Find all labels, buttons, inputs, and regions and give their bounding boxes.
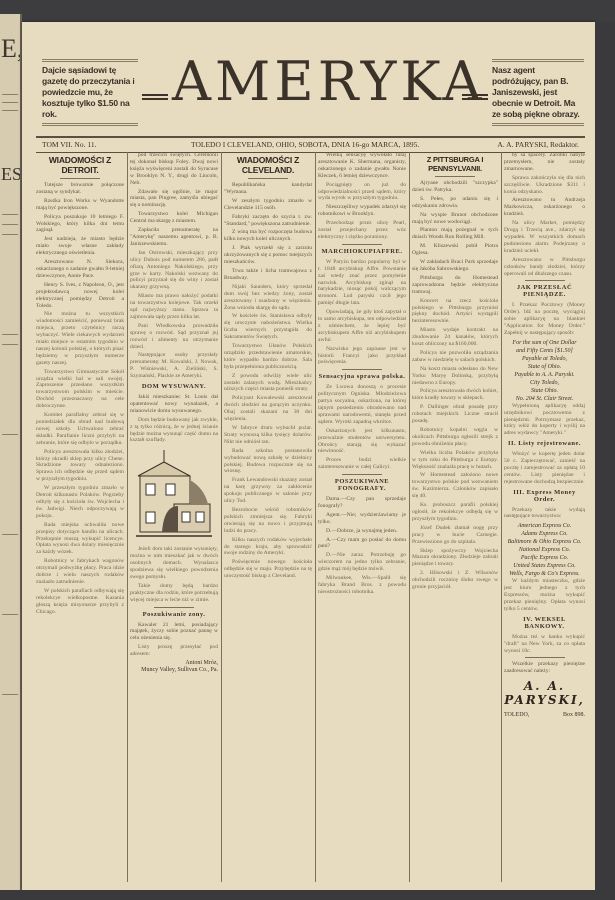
filler-text: W polskich parafiach odbywają się rekole… xyxy=(36,588,124,616)
volume-number: TOM VII. No. 11. xyxy=(42,140,96,149)
express-company: Adams Express Co. xyxy=(504,530,585,538)
news-item: Aresztowano tu Andrzeja Markowicza, oska… xyxy=(504,197,585,218)
news-item: Z winą ma być rozpoczęta budowa kilku no… xyxy=(224,229,312,243)
news-item: S. Pełes, po udaniu się i odzyskaniu zdr… xyxy=(412,196,498,210)
masthead: Dajcie sąsiadowi tę gazetę do przeczytan… xyxy=(22,22,595,114)
filler-text: I. Przekaz Pocztowy (Money Order). Idź n… xyxy=(504,302,585,337)
publisher-address: TOLEDO, Box 898. xyxy=(504,711,585,719)
article-heading: JAK PRZESŁAĆ PIENIĄDZE. xyxy=(504,285,585,299)
filler-text: Opowiadają, że gdy ktoś zapytał o to sam… xyxy=(318,309,406,344)
filler-text: Koncert na rzecz kościoła polskiego w Pi… xyxy=(412,298,498,326)
closing-instruction: Wszelkie przekazy pieniężne zaadresować … xyxy=(504,661,585,675)
money-order-line: For the sum of One Dollar xyxy=(504,339,585,347)
publisher-city: TOLEDO, xyxy=(504,711,529,719)
news-item: Tutejsze browarnie połączone zostaną w s… xyxy=(36,182,124,196)
filler-text: Robotnicy w fabrykach wagonów otrzymali … xyxy=(36,558,124,586)
viewer-bottom-edge xyxy=(0,890,615,900)
dialogue-line: Dama.—Czy pan sprzedaje fonografy? xyxy=(318,496,406,510)
filler-text: Bezrobocie wśród robotników polskich zmn… xyxy=(224,507,312,535)
filler-text: Policyant Kowalewski aresztował dwóch zł… xyxy=(224,395,312,423)
column-rule xyxy=(409,152,410,882)
filler-text: Dom będzie budowany jak zwykle, z tą tyl… xyxy=(130,417,218,445)
ornament-line xyxy=(142,98,168,100)
column-3: WIADOMOŚCI Z CLEVELAND. Republikańska ka… xyxy=(224,152,312,882)
express-company: National Express Co. xyxy=(504,546,585,554)
viewer-top-bar xyxy=(0,0,615,22)
filler-text: W Paryżu bardzo popularny był w r. 1848 … xyxy=(318,259,406,307)
filler-text: Takie domy będą bardzo praktyczne dla ro… xyxy=(130,583,218,604)
filler-text: Nie można tu wszystkich wiadomości zamie… xyxy=(36,311,124,366)
column-6: by sa spacery. Zarobki nabyte przemysłem… xyxy=(504,152,585,882)
filler-text: Przechodząc przez ulicę Pearl, został pr… xyxy=(318,220,406,241)
news-item: by sa spacery. Zarobki nabyte przemysłem… xyxy=(504,152,585,173)
filler-text: Ze Lwowa donoszą o procesie politycznym … xyxy=(318,384,406,425)
filler-text: Towarzystwo Gimnastyczne Sokół urządza w… xyxy=(36,369,124,410)
newspaper-page: Dajcie sąsiadowi tę gazetę do przeczytan… xyxy=(22,22,595,890)
filler-text: Józef Dudek złamał nogę przy pracy w huc… xyxy=(412,525,498,546)
news-item: Wielką sensacyę wywołało tutaj aresztowa… xyxy=(318,152,406,180)
news-item: J. Ptak wyrzekł się z zarzutu ukrzyżowan… xyxy=(224,245,312,266)
article-heading: POSZUKIWANE FONOGRAFY. xyxy=(318,479,406,493)
publisher-box: Box 898. xyxy=(563,711,585,719)
filler-text: 2. Hilsowski i Z. Wilsonów obchodzili ro… xyxy=(412,570,498,591)
filler-text: Przekazy takie wydają następujące towarz… xyxy=(504,507,585,521)
column-2: pod trzecich świętych. Ceremonii tej dok… xyxy=(130,152,218,882)
news-item: Pittsburga do Homestead zaprowadzona będ… xyxy=(412,275,498,296)
newspaper-title: AMERYKA xyxy=(172,50,482,114)
notice-signature-place: Muncy Valley, Sullivan Co., Pa. xyxy=(130,667,218,674)
filler-text: Włożyć w kopertę jeden dolar 50 c. Zapie… xyxy=(504,451,585,486)
viewer-right-edge xyxy=(595,22,615,900)
express-company: Wells, Fargo & Co's Express. xyxy=(504,570,585,578)
filler-text: Policya aresztowała dwóch kobiet, które … xyxy=(412,388,498,402)
filler-text: W Homestead założono nowe towarzystwo po… xyxy=(412,472,498,500)
express-company: United States Express Co. xyxy=(504,562,585,570)
news-item: Towarzystwo kolei Michigan Central ma sk… xyxy=(130,211,218,225)
filler-text: W przeszłym tygodniu zmarło w Detroit ki… xyxy=(36,485,124,520)
section-heading: WIADOMOŚCI Z DETROIT. xyxy=(36,155,124,175)
news-item: W zeszłym tygodniu zmarło w Clevelandzie… xyxy=(224,198,312,212)
filler-text: Sprawa zakończyła się dla nich szczęśliw… xyxy=(504,175,585,196)
money-order-line: City Toledo, xyxy=(504,379,585,387)
section-label: IV. WEKSEL BANKOWY. xyxy=(504,617,585,631)
previous-page-edge: E, ES xyxy=(0,14,22,900)
column-4: Wielką sensacyę wywołało tutaj aresztowa… xyxy=(318,152,406,882)
filler-text: Proces budzi wielkie zainteresowanie w c… xyxy=(318,457,406,471)
ornament-line xyxy=(462,94,488,96)
article-heading: MARCHIOKUPIAFFRE. xyxy=(318,249,406,256)
dialogue-line: Agent.—Nie; wydzierżawiamy je tylko. xyxy=(318,512,406,526)
filler-text: P. Dallinger obrał posadę przy robotach … xyxy=(412,404,498,425)
agent-blurb: Nasz agent podróżujący, pan B. Janiszews… xyxy=(492,59,584,126)
filler-text: Listy proszę przesyłać pod adresem: xyxy=(130,644,218,658)
news-item: Aresztowano N. Siekora, oskarżonego o za… xyxy=(36,259,124,280)
column-5: Z PITTSBURGA I PENNSYLVANII. Ajryane obc… xyxy=(412,152,498,882)
filler-text: Frank Lewandowski skazany został na karę… xyxy=(224,477,312,505)
issue-info-line: TOM VII. No. 11. TOLEDO I CLEVELAND, OHI… xyxy=(36,136,585,153)
news-item: Rzeźka Iron Works w Wyandotte mają być p… xyxy=(36,198,124,212)
filler-text: W kościele św. Stanisława odbyły się uro… xyxy=(224,313,312,341)
editor-credit: A. A. PARYSKI, Redaktor. xyxy=(497,140,579,149)
filler-text: Nijaki Saunders, który sprzedał dom swój… xyxy=(224,284,312,312)
filler-text: Wypełnioną aplikacyę oddaj urzędnikowi p… xyxy=(504,403,585,438)
news-item: Ajryane obchodzili "szczypka" dzień św. … xyxy=(412,180,498,194)
money-order-line: and Fifty Cents [$1.50] xyxy=(504,347,585,355)
notice-heading: Poszukiwanie zony. xyxy=(130,612,218,619)
filler-text: Komitet parafialny zebrał się w poniedzi… xyxy=(36,412,124,447)
place-date: TOLEDO I CLEVELAND, OHIO, SOBOTA, DNIA 1… xyxy=(191,140,419,149)
news-item: Zapłaciła prenumeratę na "Amerykę" nasze… xyxy=(130,227,218,248)
column-1: WIADOMOŚCI Z DETROIT. Tutejsze browarnie… xyxy=(36,152,124,882)
filler-text: Towarzystwo Ułanów Polskich urządziło pr… xyxy=(224,343,312,371)
news-item: Henry S. Ives, z Napoleon, O., jest proj… xyxy=(36,282,124,310)
news-item: Zdawało się ogólnie, że major miasta, pa… xyxy=(130,189,218,210)
filler-text: Aresztowano w Pittsburgu członków bandy … xyxy=(504,257,585,278)
filler-text: Pociągnięty on już do odpowiedzialności … xyxy=(318,182,406,203)
money-order-line: Payable to A. A. Paryski. xyxy=(504,371,585,379)
column-rule xyxy=(315,152,316,882)
filler-text: Milwaukee, Wis.—Spalił się fabryka Brand… xyxy=(318,575,406,596)
filler-text: D.—Nie zaraz. Potrzebuję go wieczorem na… xyxy=(318,552,406,573)
filler-text: Pani Włodkowska prowadziła sprawę o rozw… xyxy=(130,323,218,351)
filler-text: Z powodu odwilży wiele ulic zostało zala… xyxy=(224,373,312,394)
filler-text: Oskarżonych jest kilkunastu, przeważnie … xyxy=(318,428,406,456)
filler-text: Policya nie pozwoliła urządzania zabaw w… xyxy=(412,350,498,364)
filler-text: W każdym miasteczku, gdzie jest biuro je… xyxy=(504,578,585,613)
money-order-line: Payable at Toledo, xyxy=(504,355,585,363)
news-item: Republikańska kandydat "Wymana. xyxy=(224,182,312,196)
filler-text: W fabryce drutu wybuchł pożar. Straty wy… xyxy=(224,425,312,446)
ornament-line xyxy=(462,98,488,100)
filler-text: Miasto wydaje kontrakt na zbudowanie 24 … xyxy=(412,327,498,348)
money-order-line: No. 204 St. Clair Street. xyxy=(504,395,585,403)
previous-page-fragment: ES xyxy=(1,164,22,185)
article-columns: WIADOMOŚCI Z DETROIT. Tutejsze browarnie… xyxy=(36,152,585,882)
article-text: Jakiś mieszkaniec St. Louis dał opatento… xyxy=(130,394,218,415)
news-item: Planton mają pożegnał w tych dniach Wood… xyxy=(412,227,498,241)
column-rule xyxy=(127,152,128,882)
ornament-line xyxy=(142,94,168,96)
column-rule xyxy=(501,152,502,882)
previous-page-fragment: E, xyxy=(1,34,22,64)
subscription-blurb: Dajcie sąsiadowi tę gazetę do przeczytan… xyxy=(42,59,138,126)
column-rule xyxy=(221,152,222,882)
dialogue-line: A.—Czy mam go posłać do domu pani? xyxy=(318,537,406,551)
filler-text: Sklep spożywczy Wojciecha Mazura okradzi… xyxy=(412,548,498,569)
section-heading: WIADOMOŚCI Z CLEVELAND. xyxy=(224,155,312,175)
section-label: II. Listy rejestrowane. xyxy=(504,441,585,448)
article-heading: DOM WYSUWANY. xyxy=(130,384,218,391)
filler-text: Robotnicy kopalni węgla w okolicach Pitt… xyxy=(412,427,498,448)
news-item: W zakładach Braci Park sprzedaje się Jak… xyxy=(412,259,498,273)
filler-text: Na koszt miasta odesłano do New Yorku Ma… xyxy=(412,366,498,387)
notice-text: Kawaler 21 letni, posiadający majątek, ż… xyxy=(130,622,218,643)
news-item: Policya poszukuje 10 letniego F. Wolskie… xyxy=(36,214,124,235)
article-heading: Sensacyjna sprawa polska. xyxy=(318,374,406,381)
filler-text: Jan Ostrowski, mieszkający przy ulicy Du… xyxy=(130,250,218,291)
news-item: Fabryki zaczęto do szycia t. zw. "Standa… xyxy=(224,214,312,228)
filler-text: Rada miejska uchwaliła nowe przepisy dot… xyxy=(36,522,124,557)
filler-text: Następujące osoby przysłały prenumeratę:… xyxy=(130,352,218,380)
filler-text: Wielka liczba Polaków przybyła w tym rok… xyxy=(412,450,498,471)
filler-text: Kilku naszych rodaków wyjechało do stare… xyxy=(224,537,312,558)
money-order-line: State of Ohio. xyxy=(504,363,585,371)
news-item: Jest nadzieja, że miasto będzie miało sw… xyxy=(36,236,124,257)
filler-text: Poświęcenie nowego kościoła odbędzie się… xyxy=(224,559,312,580)
filler-text: Miasto ma prawo nałożyć podatki na towar… xyxy=(130,293,218,321)
filler-text: Nazwisko jego zapisane jest w historii F… xyxy=(318,346,406,367)
filler-text: Ks. proboszcz parafii polskiej ogłosił, … xyxy=(412,502,498,523)
news-item: Trwa także i licha tramwajowa z Broadway… xyxy=(224,268,312,282)
filler-text: Rada szkolna postanowiła wybudować nową … xyxy=(224,448,312,476)
news-item: Nieszczęśliwy wypadek zdarzył się robotn… xyxy=(318,204,406,218)
sliding-house-illustration xyxy=(134,450,214,542)
filler-text: Policya aresztowała kilku złodziei, któr… xyxy=(36,449,124,484)
express-company: American Express Co. xyxy=(504,522,585,530)
news-item: pod trzecich świętych. Ceremonii tej dok… xyxy=(130,152,218,187)
filler-text: Można też w banku wykupić "draft" na New… xyxy=(504,634,585,655)
notice-signature-name: Antoni Mróz, xyxy=(130,660,218,667)
filler-text: Na ulicy Market, pomiędzy Drugą i Trzeci… xyxy=(504,220,585,255)
express-company: Baltimore & Ohio Express Co. xyxy=(504,538,585,546)
news-item: M. Kliszewski pobił Piotra Oglesa. xyxy=(412,243,498,257)
section-label: III. Express Money Order. xyxy=(504,490,585,504)
filler-text: Jeżeli dom taki zostanie wysunięty, możn… xyxy=(130,546,218,581)
publisher-signature: A. A. PARYSKI, xyxy=(504,679,585,707)
section-heading: Z PITTSBURGA I PENNSYLVANII. xyxy=(412,155,498,173)
money-order-line: State Ohio. xyxy=(504,387,585,395)
dialogue-line: D.—Dobrze, ja wynajmę jeden. xyxy=(318,528,406,535)
news-item: Na wyspie Brunot obchodzone mają być now… xyxy=(412,212,498,226)
express-company: Pacific Express Co. xyxy=(504,554,585,562)
